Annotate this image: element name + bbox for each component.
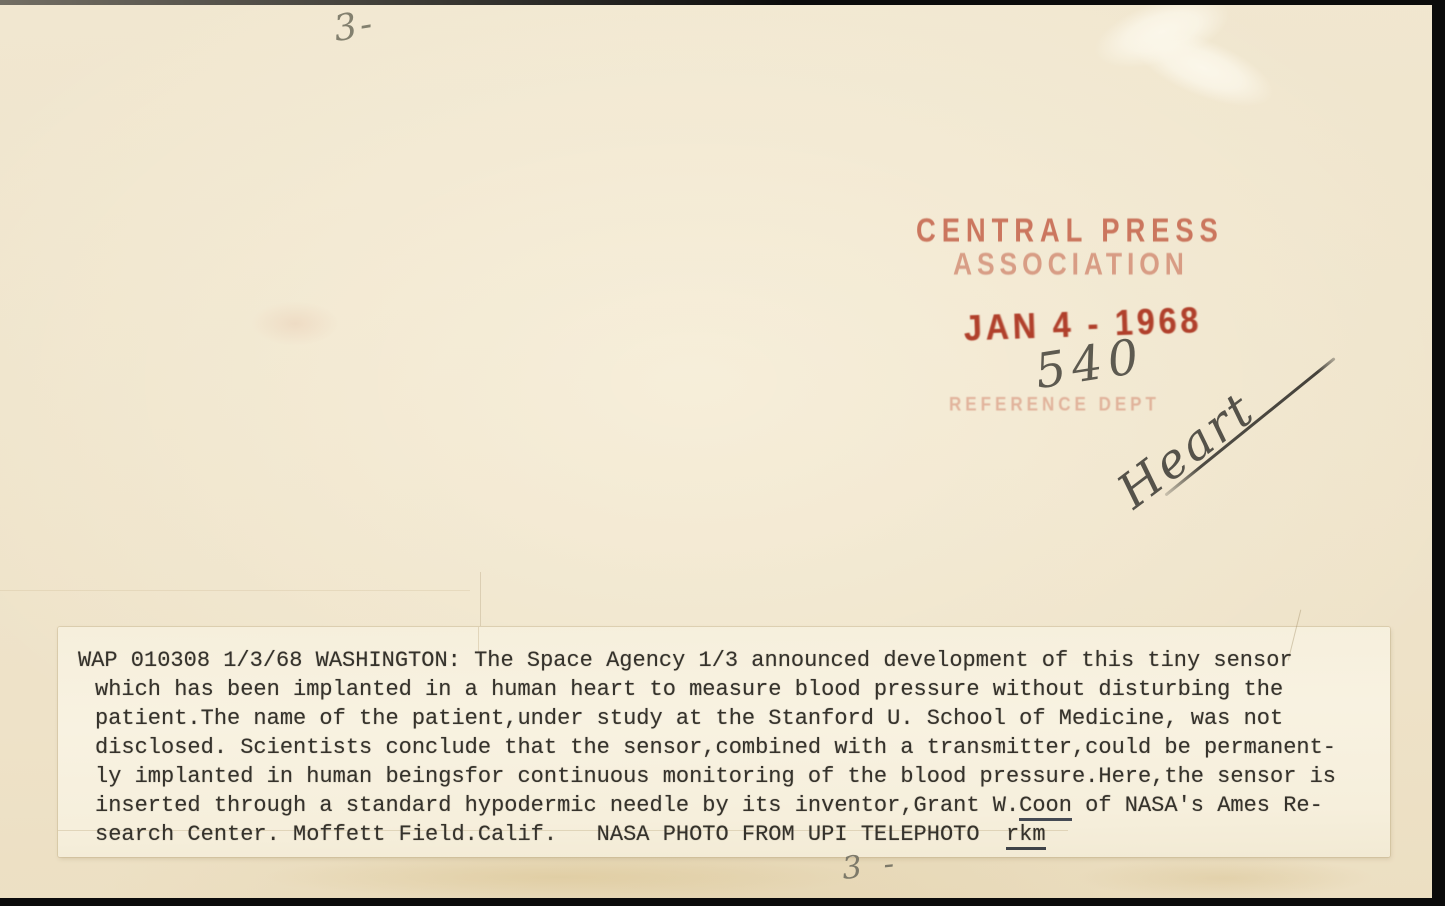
caption-label-strip: WAP 010308 1/3/68 WASHINGTON: The Space … <box>58 627 1390 857</box>
caption-text-segment: inserted through a standard hypodermic n… <box>95 793 1019 818</box>
pencil-bottom-mark: 3 - <box>840 845 902 887</box>
pen-underlined-initials: rkm <box>1006 822 1046 850</box>
caption-text-segment: search Center. Moffett Field.Calif. NASA… <box>95 822 1006 847</box>
stain <box>240 296 350 351</box>
scuff-mark <box>1086 0 1238 82</box>
pencil-top-mark: 3- <box>331 3 378 50</box>
caption-line: disclosed. Scientists conclude that the … <box>78 733 1336 762</box>
pen-underlined-name: Coon <box>1019 793 1072 821</box>
caption-line: search Center. Moffett Field.Calif. NASA… <box>78 820 1336 849</box>
caption-line: patient.The name of the patient,under st… <box>78 704 1336 733</box>
pencil-subject-text: Heart <box>1107 318 1348 519</box>
press-agency-stamp-line2: ASSOCIATION <box>953 247 1189 283</box>
caption-line: which has been implanted in a human hear… <box>78 675 1336 704</box>
stain <box>230 852 890 902</box>
scuff-mark <box>1123 14 1283 122</box>
stain <box>1060 855 1390 901</box>
press-agency-stamp-line1: CENTRAL PRESS <box>916 212 1224 250</box>
caption-text-segment: of NASA's Ames Re- <box>1072 793 1323 818</box>
scratch-mark <box>480 572 481 626</box>
caption-line: ly implanted in human beingsfor continuo… <box>78 762 1336 791</box>
scan-edge-bottom <box>0 898 1445 906</box>
scan-edge-top <box>0 0 1445 5</box>
press-photo-back: 3- CENTRAL PRESS ASSOCIATION JAN 4 - 196… <box>0 0 1445 906</box>
typed-caption: WAP 010308 1/3/68 WASHINGTON: The Space … <box>78 646 1336 849</box>
crease-line <box>0 590 470 591</box>
caption-line: inserted through a standard hypodermic n… <box>78 791 1336 820</box>
caption-line: WAP 010308 1/3/68 WASHINGTON: The Space … <box>78 646 1336 675</box>
scan-edge-right <box>1432 0 1445 906</box>
